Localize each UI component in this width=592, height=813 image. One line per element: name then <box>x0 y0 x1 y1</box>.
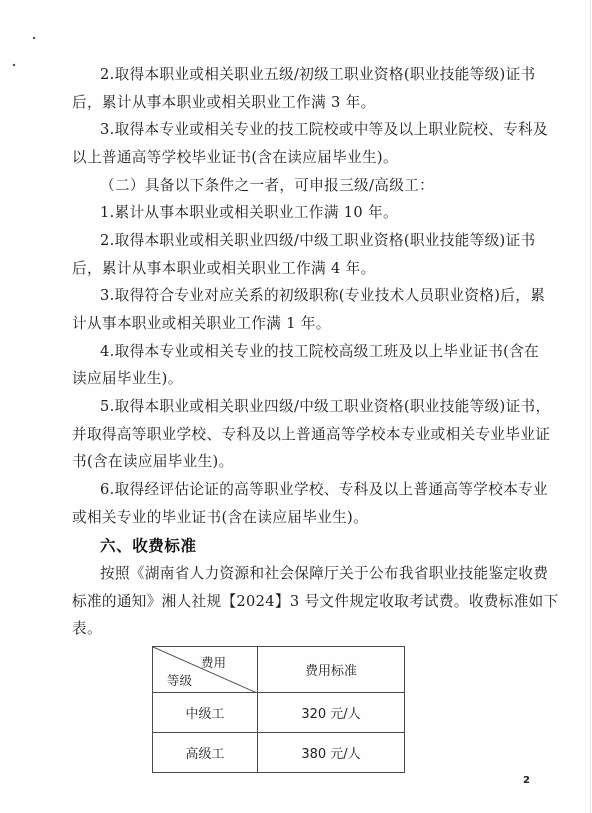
table-cell-level: 高级工 <box>153 733 257 772</box>
page-number: 2 <box>523 775 530 786</box>
paragraph-line: 3.取得本专业或相关专业的技工院校或中等及以上职业院校、专科及 <box>100 119 532 141</box>
paragraph-line: 以上普通高等学校毕业证书(含在读应届毕业生)。 <box>72 147 532 169</box>
page-edge-border <box>590 0 591 813</box>
table-cell-fee: 380 元/人 <box>258 733 404 772</box>
paragraph-line: 计从事本职业或相关职业工作满 1 年。 <box>72 313 532 335</box>
paragraph-line: 按照《湖南省人力资源和社会保障厅关于公布我省职业技能鉴定收费 <box>100 563 532 585</box>
corner-header-level: 等级 <box>167 671 192 689</box>
column-header-fee-standard: 费用标准 <box>258 647 404 692</box>
paragraph-line: 或相关专业的毕业证书(含在读应届毕业生)。 <box>72 507 532 529</box>
corner-header-fee: 费用 <box>201 653 226 671</box>
scan-artifact-mark <box>33 37 36 40</box>
paragraph-line: 后，累计从事本职业或相关职业工作满 3 年。 <box>72 92 532 114</box>
paragraph-line: 4.取得本专业或相关专业的技工院校高级工班及以上毕业证书(含在 <box>100 341 532 363</box>
fee-table: 费用 等级 费用标准 中级工 320 元/人 高级工 380 元/人 <box>152 646 405 773</box>
paragraph-line: 书(含在读应届毕业生)。 <box>72 451 532 473</box>
paragraph-line: 读应届毕业生)。 <box>72 368 532 390</box>
paragraph-line: 标准的通知》湘人社规【2024】3 号文件规定收取考试费。收费标准如下 <box>72 591 532 613</box>
paragraph-line: 表。 <box>72 618 532 640</box>
paragraph-line: 并取得高等职业学校、专科及以上普通高等学校本专业或相关专业毕业证 <box>72 424 532 446</box>
document-page: 2.取得本职业或相关职业五级/初级工职业资格(职业技能等级)证书 后，累计从事本… <box>0 0 592 813</box>
section-heading: 六、收费标准 <box>100 535 197 557</box>
table-cell-level: 中级工 <box>153 693 257 732</box>
paragraph-line: 3.取得符合专业对应关系的初级职称(专业技术人员职业资格)后，累 <box>100 285 532 307</box>
paragraph-line: 5.取得本职业或相关职业四级/中级工职业资格(职业技能等级)证书， <box>100 396 532 418</box>
scan-artifact-mark <box>13 64 16 67</box>
paragraph-line: 后，累计从事本职业或相关职业工作满 4 年。 <box>72 258 532 280</box>
paragraph-line: 2.取得本职业或相关职业五级/初级工职业资格(职业技能等级)证书 <box>100 64 532 86</box>
paragraph-line: 1.累计从事本职业或相关职业工作满 10 年。 <box>100 202 532 224</box>
paragraph-line: 6.取得经评估论证的高等职业学校、专科及以上普通高等学校本专业 <box>100 479 532 501</box>
table-cell-fee: 320 元/人 <box>258 693 404 732</box>
paragraph-line: 2.取得本职业或相关职业四级/中级工职业资格(职业技能等级)证书 <box>100 230 532 252</box>
subsection-heading: （二）具备以下条件之一者，可申报三级/高级工： <box>100 175 560 197</box>
